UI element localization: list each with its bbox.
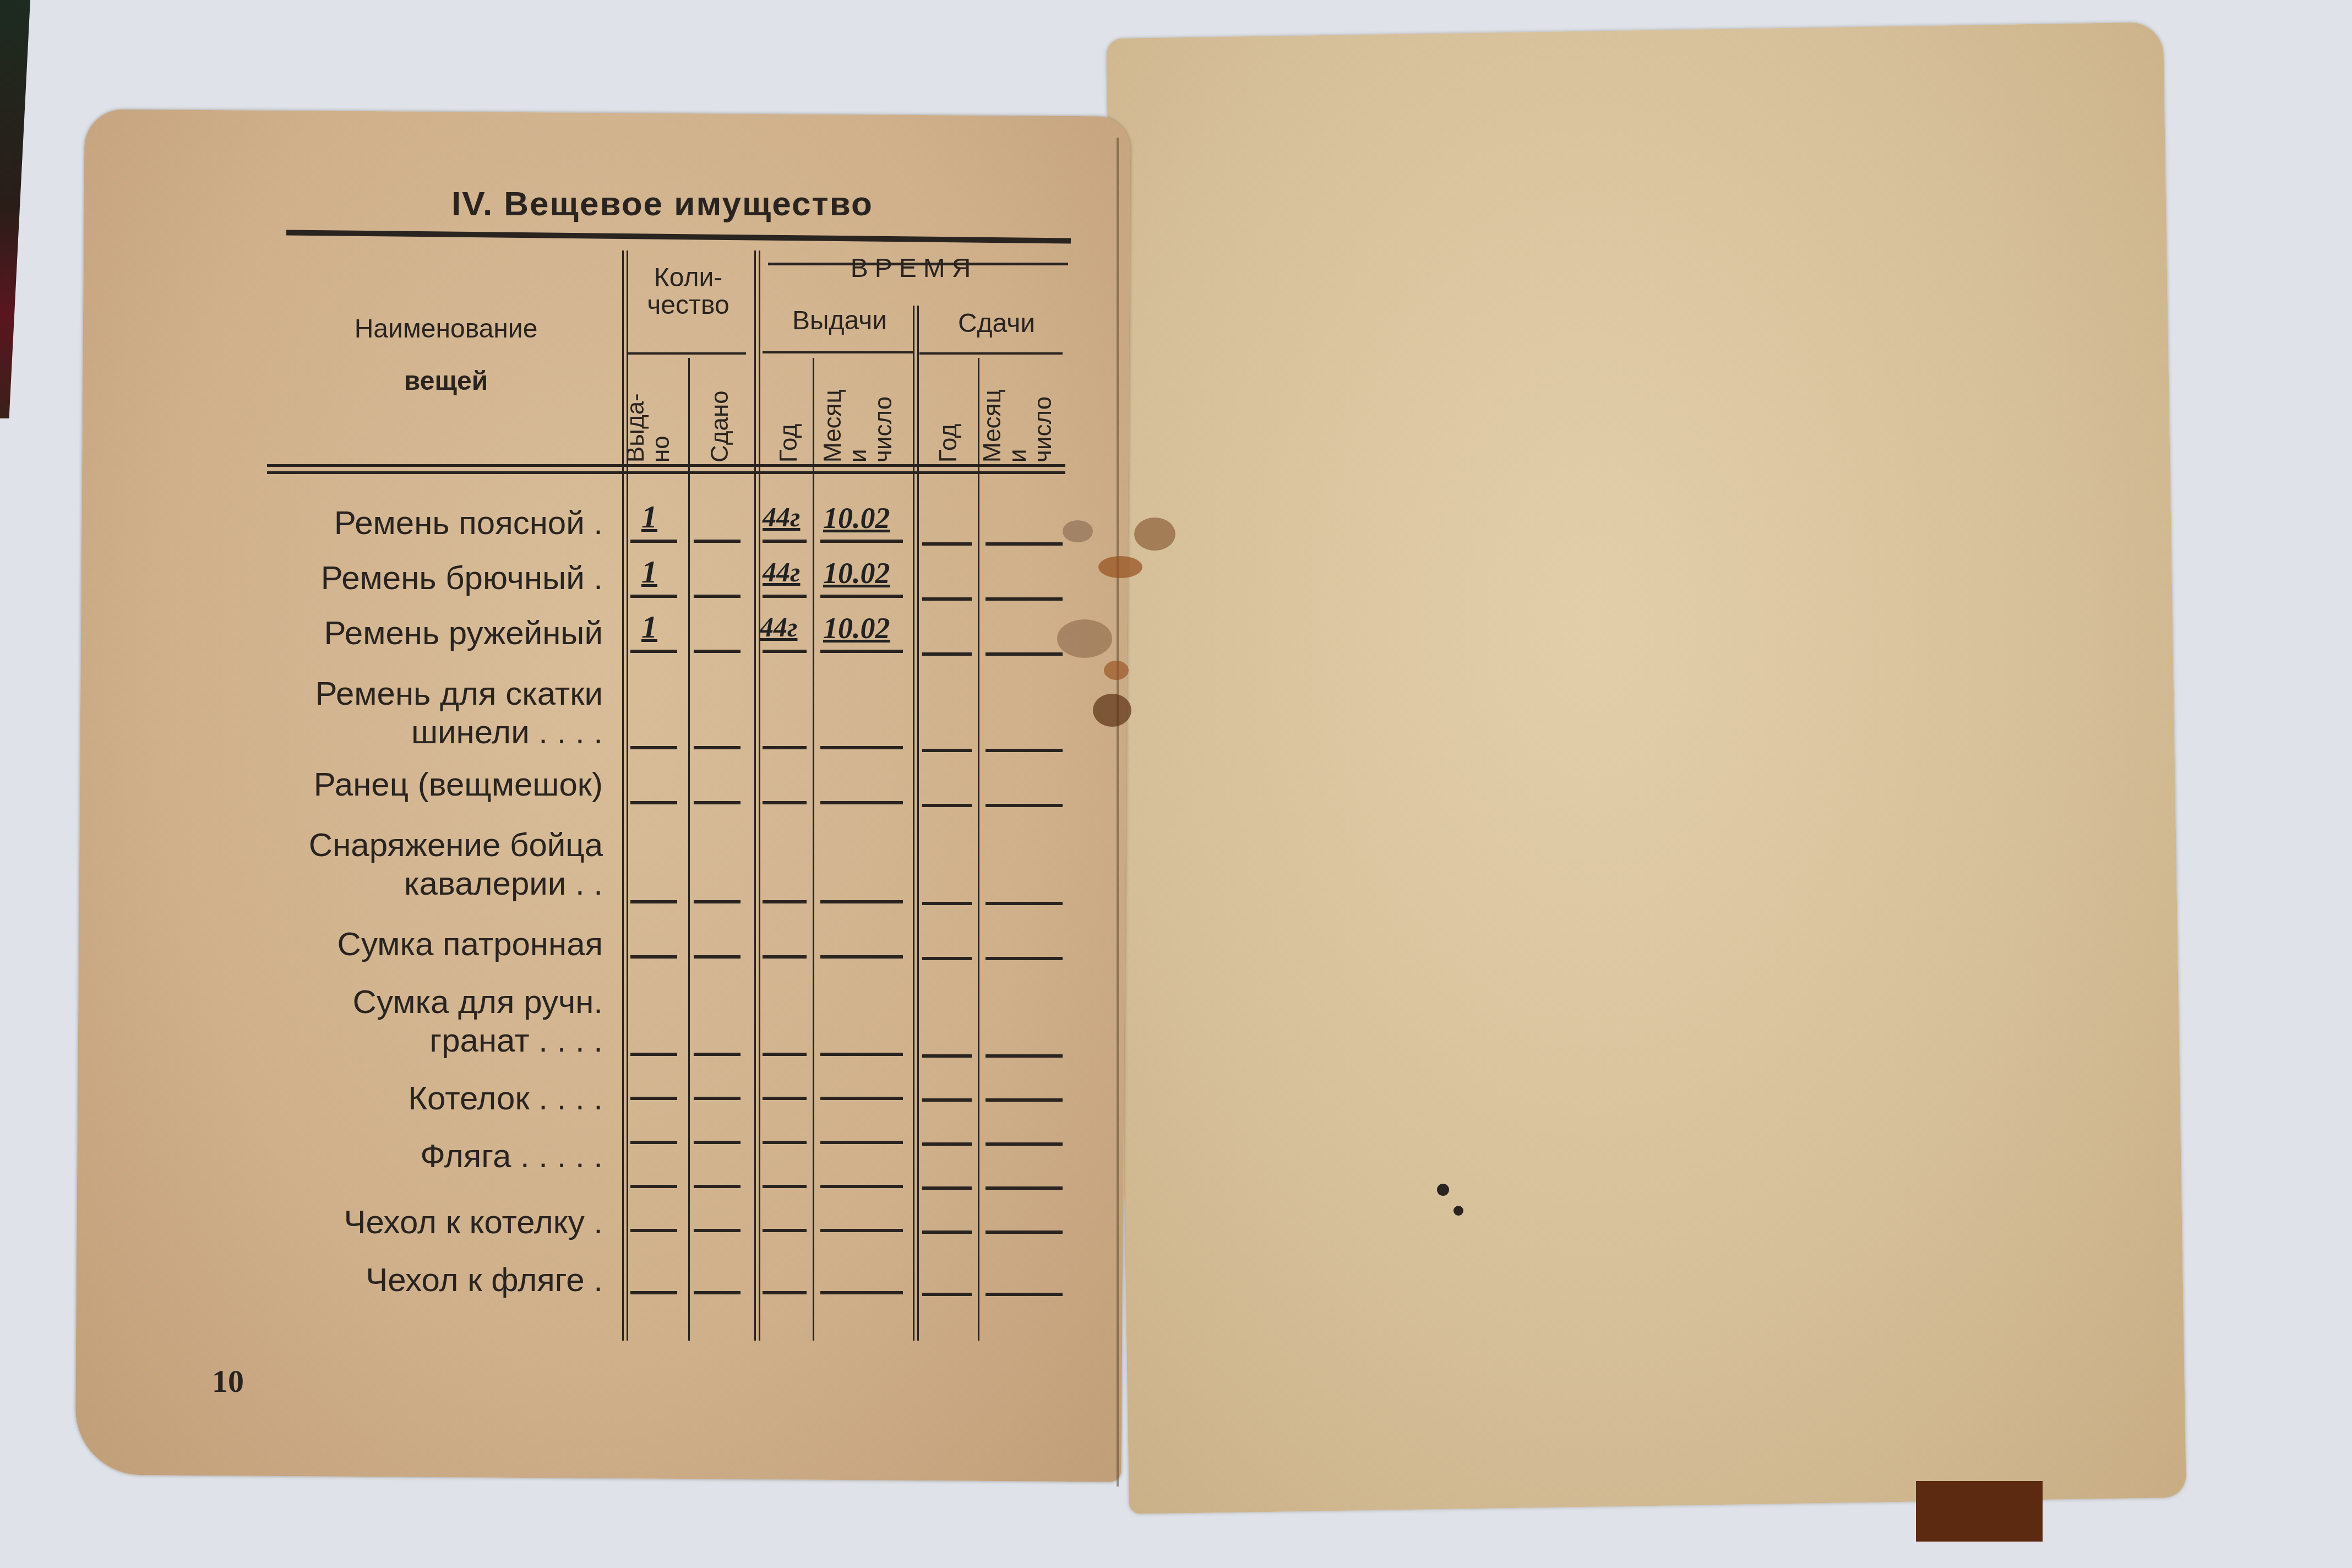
row-label: Сумка патронная <box>251 925 603 963</box>
time-subrule <box>768 263 1068 265</box>
header-quantity: Коли- чество <box>633 264 743 320</box>
header-return-year: Год <box>936 385 961 462</box>
row-label: Чехол к котелку . <box>251 1203 603 1242</box>
row-label: Чехол к фляге . <box>251 1261 603 1299</box>
stain-spot <box>1134 518 1175 551</box>
header-name-line1: Наименование <box>330 314 562 344</box>
header-name-line2: вещей <box>380 366 512 396</box>
header-issue-date: Месяц и число <box>820 352 897 462</box>
header-issued-qty: Выда- но <box>623 352 674 462</box>
issue-year-value[interactable]: 44г <box>760 611 797 643</box>
qty-subrule <box>628 352 746 355</box>
header-issue-year: Год <box>776 385 802 462</box>
col-line <box>913 306 914 1341</box>
row-label: Ремень брючный . <box>251 559 603 597</box>
stain-spot <box>1104 661 1129 680</box>
stain-spot <box>1453 1206 1463 1216</box>
col-line <box>622 251 624 1341</box>
return-subrule <box>919 352 1063 355</box>
header-return-date: Месяц и число <box>980 352 1057 462</box>
issue-year-value[interactable]: 44г <box>763 501 800 533</box>
row-label: Фляга . . . . . <box>251 1137 603 1175</box>
row-label: Снаряжение бойца кавалерии . . <box>251 826 603 903</box>
col-line <box>813 358 814 1341</box>
header-double-rule-1 <box>267 464 1065 467</box>
col-line <box>978 358 979 1341</box>
col-line <box>688 358 690 1341</box>
page-number: 10 <box>212 1363 244 1400</box>
issue-year-value[interactable]: 44г <box>763 556 800 588</box>
issue-date-value[interactable]: 10.02 <box>823 611 890 645</box>
row-label: Ремень ружейный <box>251 614 603 652</box>
header-return: Сдачи <box>930 308 1063 339</box>
issued-qty-value[interactable]: 1 <box>641 608 657 645</box>
header-returned-qty: Сдано <box>707 352 733 462</box>
issue-subrule <box>763 351 914 353</box>
issue-date-value[interactable]: 10.02 <box>823 556 890 590</box>
right-page-blank <box>1106 22 2186 1514</box>
row-label: Ремень для скатки шинели . . . . <box>251 674 603 752</box>
col-line <box>627 251 628 1341</box>
row-label: Ремень поясной . <box>251 504 603 542</box>
book-spine <box>1117 138 1119 1487</box>
col-line <box>754 251 756 1341</box>
issued-qty-value[interactable]: 1 <box>641 553 657 590</box>
issue-date-value[interactable]: 10.02 <box>823 501 890 535</box>
stain-spot <box>1437 1184 1449 1196</box>
col-line <box>759 251 760 1341</box>
background-fabric <box>0 0 30 418</box>
header-double-rule-2 <box>267 471 1065 474</box>
row-label: Котелок . . . . <box>251 1079 603 1118</box>
header-issue: Выдачи <box>774 306 906 336</box>
page-corner-tab <box>1916 1481 2043 1542</box>
stain-spot <box>1093 694 1131 727</box>
issued-qty-value[interactable]: 1 <box>641 498 657 535</box>
stain-spot <box>1098 556 1142 578</box>
row-label: Сумка для ручн. гранат . . . . <box>251 983 603 1060</box>
row-label: Ранец (вещмешок) <box>251 765 603 804</box>
stain-spot <box>1063 520 1093 542</box>
stain-spot <box>1057 619 1112 658</box>
col-line <box>917 306 919 1341</box>
section-title: IV. Вещевое имущество <box>451 184 873 224</box>
header-time: ВРЕМЯ <box>820 253 1008 284</box>
